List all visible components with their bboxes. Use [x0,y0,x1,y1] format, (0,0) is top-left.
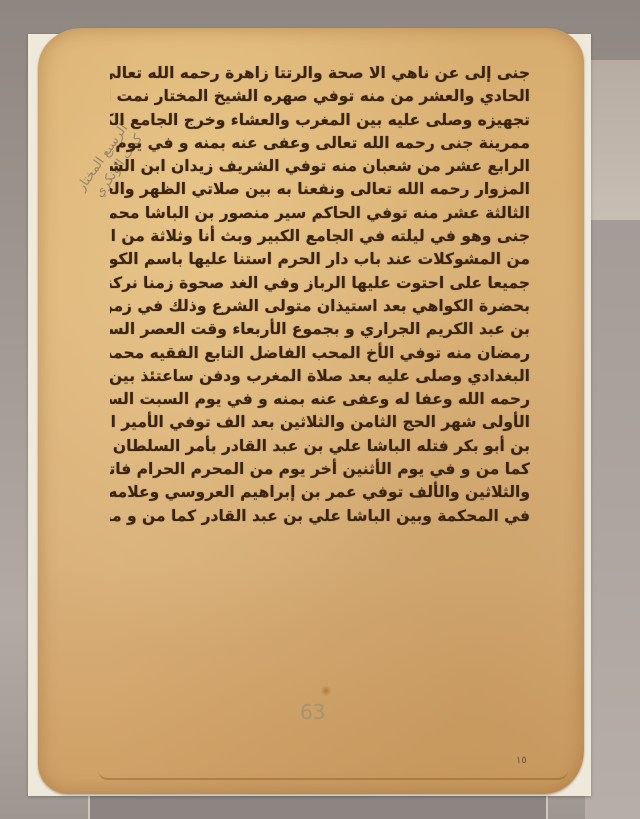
corner-mark: ١٥ [516,755,527,766]
text-line: تجهيزه وصلى عليه بين المغرب والعشاء وخرج… [110,109,530,132]
text-line: الحادي والعشر من منه توفي صهره الشيخ الم… [110,85,530,108]
text-line: كما من و في يوم الأثنين أخر يوم من المحر… [110,458,530,481]
display-stand-left [88,796,90,819]
text-line: والثلاثين والألف توفي عمر بن إبراهيم الع… [110,481,530,504]
text-line: جنى وهو في ليلته في الجامع الكبير وبث أن… [110,225,530,248]
text-line: جميعا على احتوت عليها الرباز وفي الغد صح… [110,272,530,295]
folio-number: 63 [300,700,325,724]
text-line: الأولى شهر الحج الثامن والثلاثين بعد الف… [110,411,530,434]
text-line: من المشوكلات عند باب دار الحرم استنا علي… [110,248,530,271]
text-line: البغدادي وصلى عليه بعد صلاة المغرب ودفن … [110,365,530,388]
text-line: بن عبد الكريم الجراري و بجموع الأربعاء و… [110,318,530,341]
background-wall-lower [585,220,640,819]
ink-stain [320,686,332,696]
page-edge [98,770,568,780]
text-line: في المحكمة وبين الباشا علي بن عبد القادر… [110,505,530,528]
text-line: الثالثة عشر منه توفي الحاكم سير منصور بن… [110,202,530,225]
manuscript-text-block: جنى إلى عن ناهي الا صحة والرتتا زاهرة رح… [110,62,530,528]
text-line: بن أبو بكر فتله الباشا علي بن عبد القادر… [110,435,530,458]
text-line: رمضان منه توفي الأخ المحب الفاضل التابع … [110,342,530,365]
text-line: المزوار رحمه الله تعالى ونفعنا به بين صل… [110,178,530,201]
text-line: جنى إلى عن ناهي الا صحة والرتتا زاهرة رح… [110,62,530,85]
text-line: الرابع عشر من شعبان منه توفي الشريف زيدا… [110,155,530,178]
text-line: بحضرة الكواهي بعد استيذان متولى الشرع وذ… [110,295,530,318]
display-stand-right [546,796,548,819]
display-shelf [90,796,546,819]
text-line: رحمه الله وعفا له وعفى عنه بمنه و في يوم… [110,388,530,411]
text-line: ممرينة جنى رحمه الله تعالى وعفى عنه بمنه… [110,132,530,155]
